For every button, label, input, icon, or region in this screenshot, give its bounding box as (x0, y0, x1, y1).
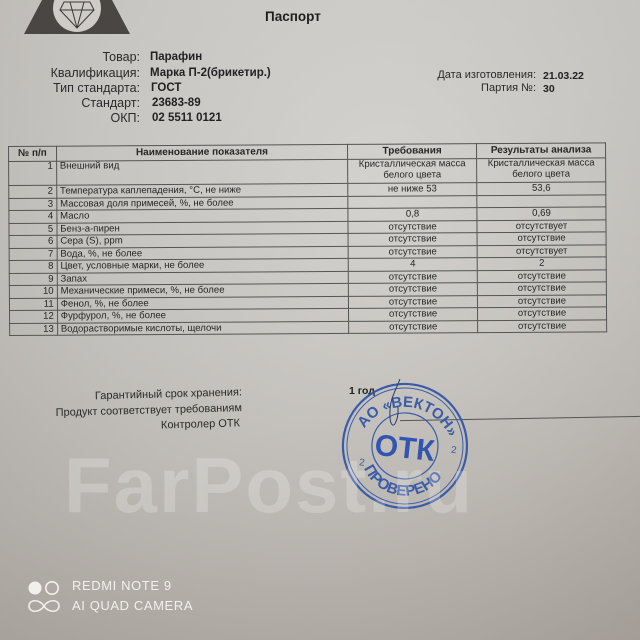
row-result: отсутствует (477, 219, 606, 232)
row-requirement: отсутствие (349, 308, 478, 321)
row-number: 8 (9, 260, 57, 273)
row-requirement: отсутствие (349, 320, 478, 333)
document-title: Паспорт (265, 9, 321, 24)
table-body: 1Внешний видКристаллическая масса белого… (9, 158, 607, 336)
qualification-label: Квалификация: (0, 66, 140, 80)
batch-number-label: Партия №: (396, 82, 536, 94)
row-requirement: отсутствие (348, 245, 477, 258)
row-result: отсутствие (478, 307, 607, 320)
specification-table: № п/п Наименование показателя Требования… (8, 142, 607, 336)
row-number: 10 (9, 285, 57, 298)
camera-brand-icon (27, 580, 61, 614)
header-results: Результаты анализа (477, 143, 606, 159)
row-number: 9 (9, 273, 57, 286)
manufacture-date-value: 21.03.22 (543, 70, 584, 82)
row-requirement: не ниже 53 (348, 183, 477, 196)
standard-value: 23683-89 (152, 97, 201, 109)
row-result: отсутствует (477, 244, 606, 257)
row-number: 5 (9, 223, 57, 236)
row-number: 11 (9, 298, 57, 311)
standard-type-value: ГОСТ (151, 82, 181, 94)
header-requirements: Требования (348, 144, 477, 160)
row-result: 0,69 (477, 207, 606, 220)
standard-label: Стандарт: (0, 96, 140, 110)
farpost-watermark: FarPost.ru (64, 440, 474, 531)
standard-type-label: Тип стандарта: (0, 81, 140, 95)
row-result: отсутствие (477, 294, 606, 307)
row-result: Кристаллическая масса белого цвета (477, 158, 606, 183)
row-indicator: Водорастворимые кислоты, щелочи (57, 321, 348, 335)
camera-model-label: REDMI NOTE 9 (72, 578, 172, 593)
row-requirement (348, 195, 477, 208)
document-page: Паспорт Товар: Парафин Квалификация: Мар… (0, 0, 640, 640)
row-requirement: отсутствие (348, 270, 477, 283)
row-number: 1 (9, 161, 57, 185)
table-row: 1Внешний видКристаллическая масса белого… (9, 158, 606, 186)
row-number: 6 (9, 235, 57, 248)
row-result: отсутствие (477, 282, 606, 295)
batch-number-value: 30 (543, 83, 555, 95)
row-result (477, 194, 606, 207)
row-result: 2 (477, 257, 606, 270)
row-result: отсутствие (478, 319, 607, 332)
row-requirement: Кристаллическая масса белого цвета (348, 159, 477, 184)
row-number: 3 (9, 198, 57, 211)
header-number: № п/п (9, 146, 57, 161)
row-number: 4 (9, 210, 57, 223)
warranty-label: Гарантийный срок хранения: (40, 386, 242, 403)
qualification-value: Марка П-2(брикетир.) (150, 67, 271, 79)
camera-type-label: AI QUAD CAMERA (72, 598, 193, 613)
controller-label: Контролер ОТК (40, 417, 240, 434)
row-requirement: 4 (348, 258, 477, 271)
row-result: 53,6 (477, 182, 606, 195)
row-requirement: отсутствие (348, 283, 477, 296)
row-requirement: 0,8 (348, 208, 477, 221)
diamond-logo-icon (24, 0, 130, 34)
row-requirement: отсутствие (349, 295, 478, 308)
manufacture-date-label: Дата изготовления: (396, 69, 536, 81)
row-result: отсутствие (477, 269, 606, 282)
row-indicator: Внешний вид (56, 159, 348, 185)
product-label: Товар: (0, 50, 140, 64)
row-result: отсутствие (477, 232, 606, 245)
okp-label: ОКП: (0, 111, 140, 125)
row-requirement: отсутствие (348, 233, 477, 246)
row-number: 13 (10, 323, 58, 336)
product-value: Парафин (150, 51, 202, 63)
okp-value: 02 5511 0121 (152, 112, 222, 124)
row-number: 2 (9, 185, 57, 198)
row-number: 7 (9, 248, 57, 261)
row-number: 12 (10, 310, 58, 323)
row-requirement: отсутствие (348, 220, 477, 233)
